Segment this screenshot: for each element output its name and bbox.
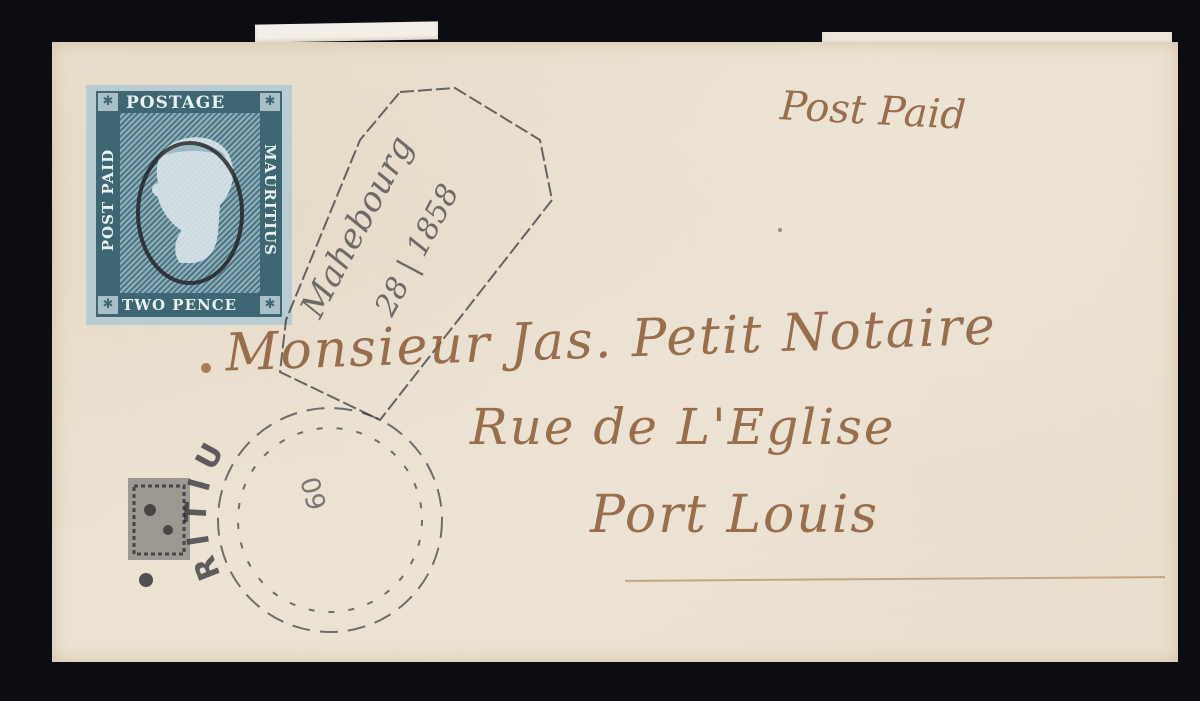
handstamp-text: Mahebourg 28 | 1858 [292,130,466,326]
address-line-2: Rue de L'Eglise [470,398,896,456]
address-line-3: Port Louis [590,485,879,545]
boxed-handstamp [128,478,190,587]
datestamp-inner-text: 09 [293,474,331,514]
ink-blot [201,363,211,373]
circular-datestamp [218,408,442,632]
post-paid-endorsement: Post Paid [779,83,967,139]
postal-cover-scene: POSTAGE TWO PENCE POST PAID MAURITIUS ✱ … [0,0,1200,701]
